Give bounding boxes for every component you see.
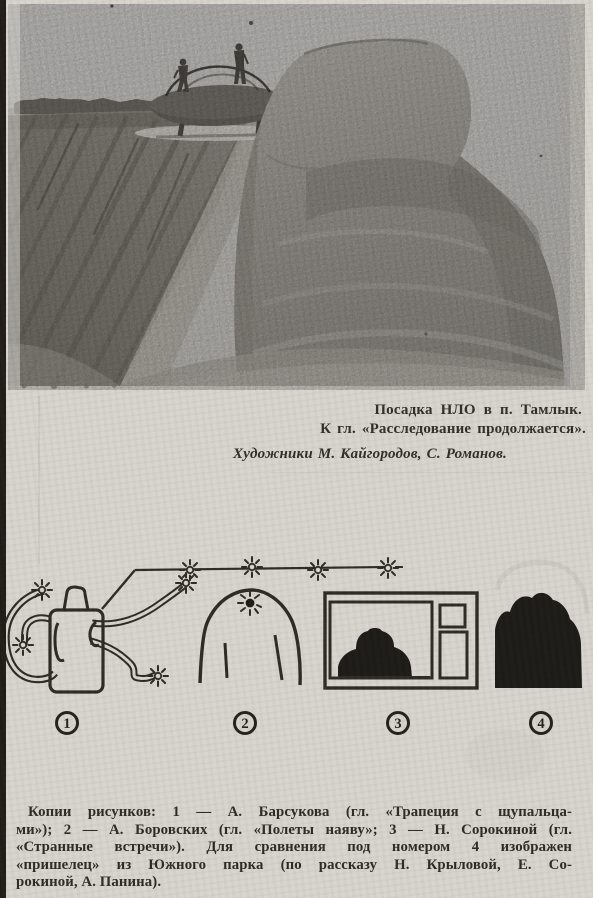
paragraph-line: Копии рисунков: 1 — А. Барсукова (гл. «Т… [16,804,572,822]
sparkle-icon [308,560,328,580]
caption-artists: Художники М. Кайгородов, С. Романов. [233,446,507,463]
witness-sketches-row: 1 2 3 4 [0,555,593,790]
figure-number-2: 2 [235,713,256,734]
caption-title: Посадка НЛО в п. Тамлык. [374,402,582,419]
sparkle-icon [242,557,262,577]
sparkle-icon [13,635,33,655]
paragraph-line: «пришелец» из Южного парка (по рассказу … [16,857,572,875]
figure-description-paragraph: Копии рисунков: 1 — А. Барсукова (гл. «Т… [16,804,572,892]
figure-number-1: 1 [57,713,78,734]
glow-star-icon [238,591,261,615]
scan-edge-strip [0,0,6,898]
svg-text:1: 1 [63,716,70,732]
caption-chapter: К гл. «Расследование продолжается». [320,421,586,438]
sparkle-icon [176,573,196,593]
paragraph-line: рокиной, А. Панина). [16,874,572,892]
showthrough-line-artifact [270,472,588,473]
scanned-book-page: Посадка НЛО в п. Тамлык. К гл. «Расследо… [0,0,593,898]
svg-text:2: 2 [241,716,248,732]
paragraph-line: «Странные встречи»). Для сравнения под н… [16,839,572,857]
left-light-margin [8,4,20,386]
sketch-1-tentacled-trapezoid [6,573,196,692]
silhouette [338,628,412,678]
sparkle-icon [148,666,168,686]
sparkle-icon [378,558,398,578]
figure-number-3: 3 [388,713,409,734]
sketch-2-domed-figure [200,590,300,685]
film-grain-overlay [8,4,570,386]
sparkle-icon [180,560,200,580]
paragraph-line: ми»); 2 — А. Боровских (гл. «Полеты наяв… [16,822,572,840]
ufo-landing-illustration [8,4,585,390]
svg-text:4: 4 [537,716,544,732]
sparkle-icon [32,580,52,600]
sketch-4-dark-silhouette [495,593,582,688]
figure-number-4: 4 [531,713,552,734]
sketch-3-screen-silhouette [325,593,477,688]
svg-text:3: 3 [394,716,401,732]
page-fold-artifact [38,396,40,564]
canister-cap [64,587,88,610]
